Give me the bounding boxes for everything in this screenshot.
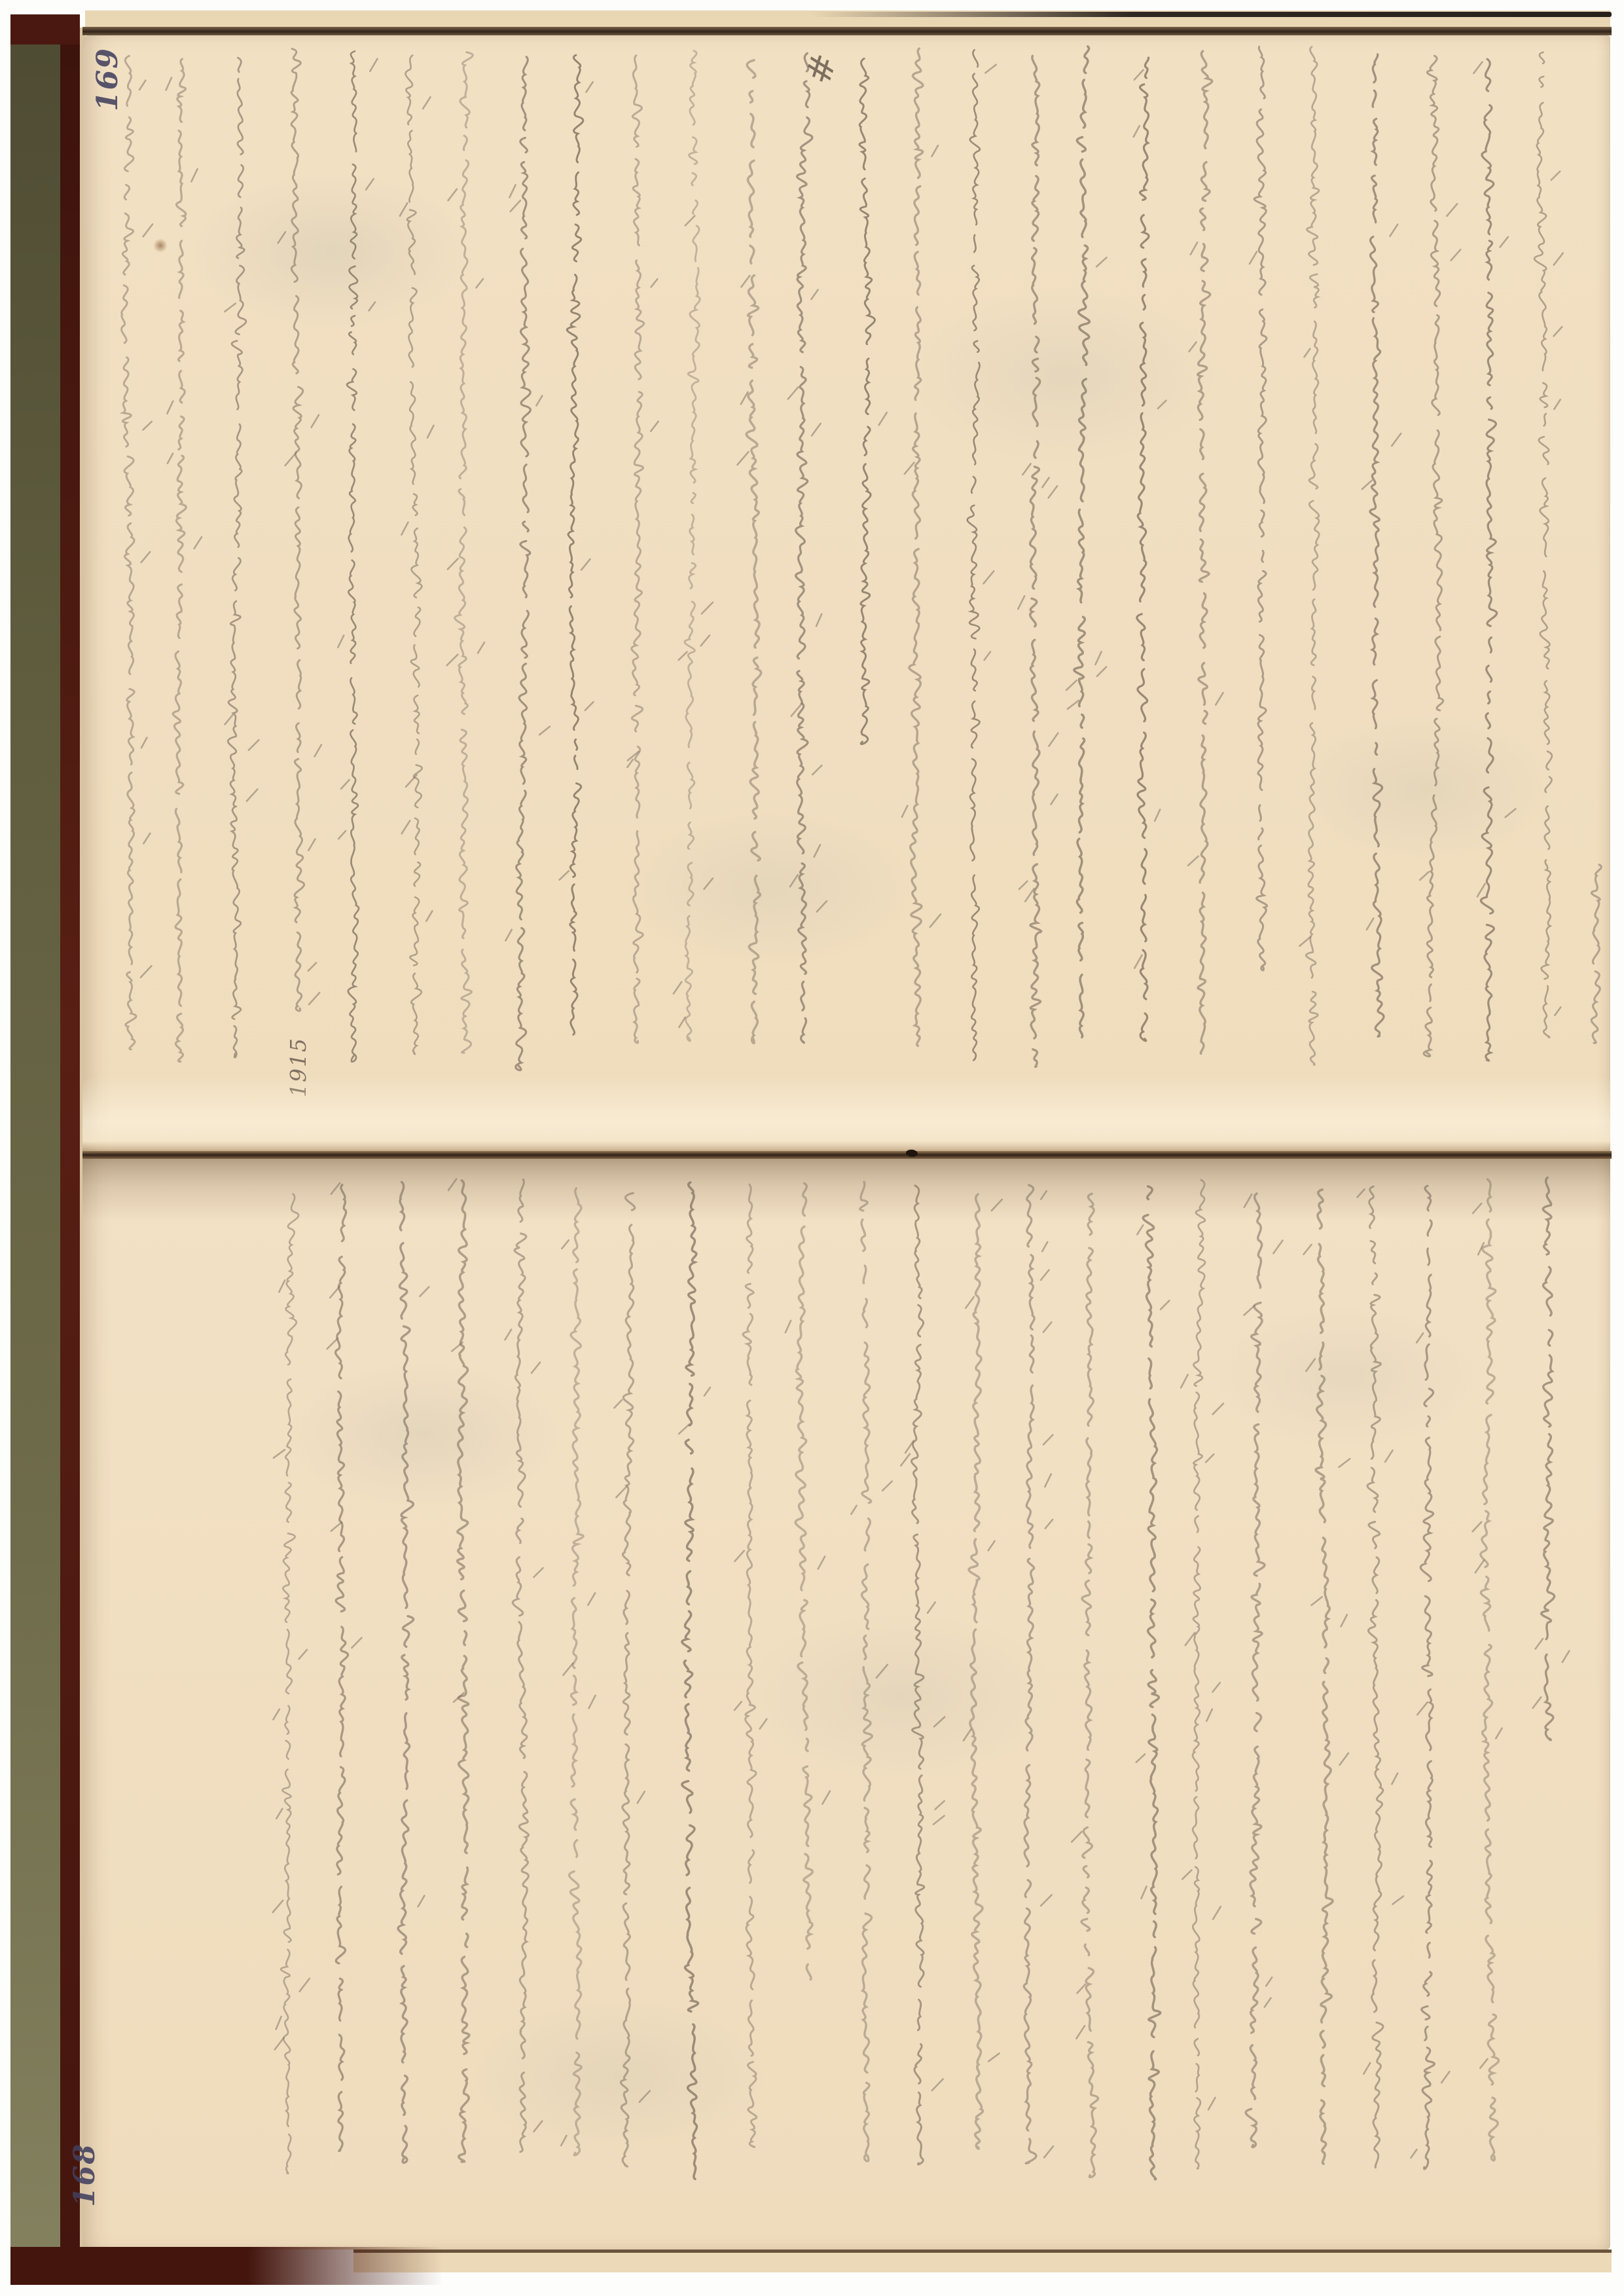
page-block-top-edge-line	[82, 27, 1612, 35]
handwriting-page-169	[82, 35, 1610, 1152]
page-number-168: 168	[70, 2152, 100, 2207]
book-cover-top-corner	[10, 14, 80, 45]
legible-fragment-1915: 1915	[286, 1037, 311, 1097]
page-169: 169 # 1915	[82, 35, 1610, 1152]
scanned-book-spread: 169 # 1915 168	[0, 0, 1624, 2296]
handwriting-page-168	[82, 1159, 1610, 2250]
cover-top-edge-line	[812, 12, 1612, 17]
gutter-fold-line	[82, 1151, 1612, 1159]
book-cover-maroon-edge	[60, 20, 80, 2268]
page-168: 168	[82, 1159, 1610, 2250]
book-cover-bottom-edge	[10, 2247, 442, 2285]
page-stack-bottom-fore-edge	[353, 2250, 1612, 2272]
book-cover-olive-edge	[10, 17, 60, 2269]
page-number-169: 169	[93, 56, 123, 111]
